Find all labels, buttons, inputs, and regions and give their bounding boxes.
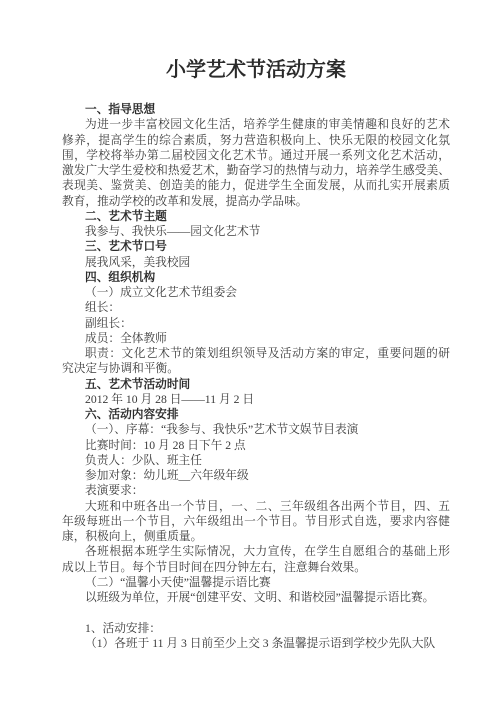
- doc-text-line: 究决定与协调和平衡。: [62, 361, 450, 376]
- doc-text-line: 围，学校将举办第二届校园文化艺术节。通过开展一系列文化艺术活动，: [62, 148, 450, 163]
- doc-text-line: （一）成立文化艺术节组委会: [62, 285, 450, 300]
- doc-text-line: 1、活动安排：: [62, 621, 450, 636]
- doc-text-line: （二）“温馨小天使”温馨提示语比赛: [62, 575, 450, 590]
- doc-text-line: 年级每班出一个节目，六年级组出一个节目。节目形式自选，要求内容健: [62, 514, 450, 529]
- doc-text-line: 表现美、鉴赏美、创造美的能力，促进学生全面发展，从而扎实开展素质: [62, 178, 450, 193]
- doc-text-line: 我参与、我快乐——园文化艺术节: [62, 224, 450, 239]
- section-heading: 六、活动内容安排: [62, 407, 450, 422]
- doc-text-line: 参加对象：幼儿班__六年级年级: [62, 468, 450, 483]
- doc-text-line: 2012 年 10 月 28 日——11 月 2 日: [62, 392, 450, 407]
- section-heading: 一、指导思想: [62, 102, 450, 117]
- doc-text-line: 教育，推动学校的改革和发展，提高办学品味。: [62, 194, 450, 209]
- doc-text-line: 为进一步丰富校园文化生活，培养学生健康的审美情趣和良好的艺术: [62, 117, 450, 132]
- doc-text-line: 副组长：: [62, 316, 450, 331]
- section-heading: 五、艺术节活动时间: [62, 377, 450, 392]
- doc-text-line: 负责人：少队、班主任: [62, 453, 450, 468]
- blank-line: [62, 605, 450, 620]
- document-title: 小学艺术节活动方案: [62, 57, 450, 83]
- doc-text-line: 职责：文化艺术节的策划组织领导及活动方案的审定，重要问题的研: [62, 346, 450, 361]
- doc-text-line: 比赛时间：10 月 28 日下午 2 点: [62, 438, 450, 453]
- section-heading: 四、组织机构: [62, 270, 450, 285]
- doc-text-line: 成以上节目。每个节目时间在四分钟左右，注意舞台效果。: [62, 560, 450, 575]
- doc-text-line: （一）、序幕：“我参与、我快乐”艺术节文娱节目表演: [62, 422, 450, 437]
- section-heading: 三、艺术节口号: [62, 239, 450, 254]
- doc-text-line: 各班根据本班学生实际情况，大力宣传，在学生自愿组合的基础上形: [62, 544, 450, 559]
- doc-text-line: 康，积极向上，侧重质量。: [62, 529, 450, 544]
- document-body: 一、指导思想为进一步丰富校园文化生活，培养学生健康的审美情趣和良好的艺术修养，提…: [62, 102, 450, 651]
- section-heading: 二、艺术节主题: [62, 209, 450, 224]
- doc-text-line: 修养，提高学生的综合素质，努力营造积极向上、快乐无限的校园文化氛: [62, 133, 450, 148]
- doc-text-line: 大班和中班各出一个节目，一、二、三年级组各出两个节目，四、五: [62, 499, 450, 514]
- doc-text-line: 成员：全体教师: [62, 331, 450, 346]
- doc-text-line: （1）各班于 11 月 3 日前至少上交 3 条温馨提示语到学校少先队大队: [62, 636, 450, 651]
- doc-text-line: 组长：: [62, 300, 450, 315]
- doc-text-line: 表演要求：: [62, 483, 450, 498]
- doc-text-line: 以班级为单位，开展“创建平安、文明、和谐校园”温馨提示语比赛。: [62, 590, 450, 605]
- document-page: 小学艺术节活动方案 一、指导思想为进一步丰富校园文化生活，培养学生健康的审美情趣…: [0, 0, 500, 708]
- doc-text-line: 激发广大学生爱校和热爱艺术，勤奋学习的热情与动力，培养学生感受美、: [62, 163, 450, 178]
- doc-text-line: 展我风采，美我校园: [62, 255, 450, 270]
